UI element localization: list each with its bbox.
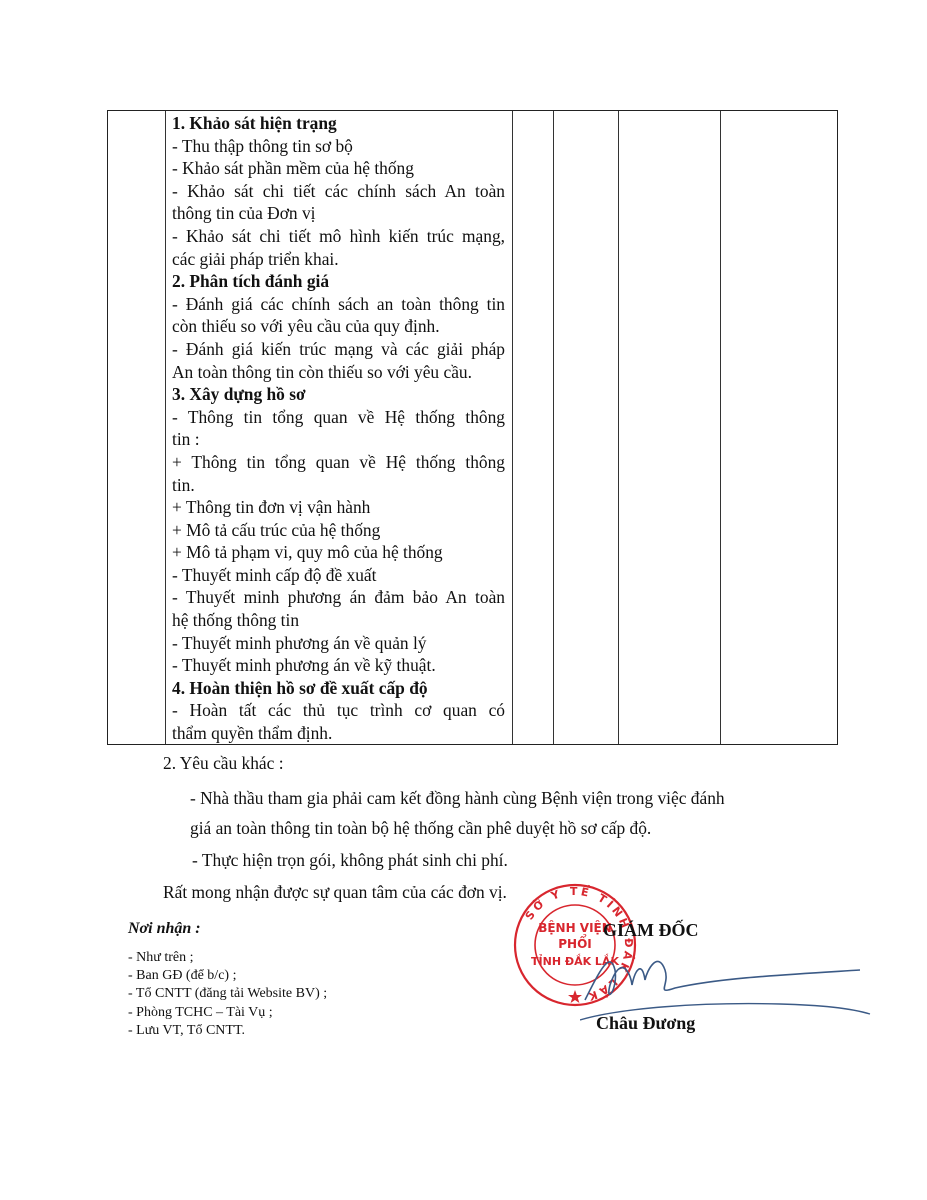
closing-sentence: Rất mong nhận được sự quan tâm của các đ… xyxy=(163,881,507,903)
requirement-item-1-line-1: - Nhà thầu tham gia phải cam kết đồng hà… xyxy=(190,787,725,809)
table-col-divider xyxy=(553,111,554,744)
task-line: - Khảo sát chi tiết mô hình kiến trúc mạ… xyxy=(172,225,505,248)
table-col-divider xyxy=(720,111,721,744)
task-line: - Khảo sát phần mềm của hệ thống xyxy=(172,157,505,180)
table-col-divider xyxy=(165,111,166,744)
task-line: các giải pháp triển khai. xyxy=(172,248,505,271)
section-heading: 3. Xây dựng hồ sơ xyxy=(172,383,505,406)
task-line: thẩm quyền thẩm định. xyxy=(172,722,505,745)
section-heading: 4. Hoàn thiện hồ sơ đề xuất cấp độ xyxy=(172,677,505,700)
task-line: - Đánh giá các chính sách an toàn thông … xyxy=(172,293,505,316)
recipient-item: - Tổ CNTT (đăng tải Website BV) ; xyxy=(128,985,327,1003)
task-line: - Hoàn tất các thủ tục trình cơ quan có xyxy=(172,699,505,722)
task-line: - Đánh giá kiến trúc mạng và các giải ph… xyxy=(172,338,505,361)
section-heading: 2. Phân tích đánh giá xyxy=(172,270,505,293)
task-line: - Thuyết minh cấp độ đề xuất xyxy=(172,564,505,587)
task-line: + Thông tin tổng quan về Hệ thống thông xyxy=(172,451,505,474)
task-line: - Khảo sát chi tiết các chính sách An to… xyxy=(172,180,505,203)
task-line: hệ thống thông tin xyxy=(172,609,505,632)
table-col-divider xyxy=(512,111,513,744)
task-line: tin : xyxy=(172,428,505,451)
task-line: - Thông tin tổng quan về Hệ thống thông xyxy=(172,406,505,429)
task-line: tin. xyxy=(172,474,505,497)
task-line: - Thuyết minh phương án về quản lý xyxy=(172,632,505,655)
recipient-item: - Phòng TCHC – Tài Vụ ; xyxy=(128,1004,327,1022)
recipient-item: - Lưu VT, Tổ CNTT. xyxy=(128,1022,327,1040)
task-line: + Mô tả cấu trúc của hệ thống xyxy=(172,519,505,542)
task-line: thông tin của Đơn vị xyxy=(172,202,505,225)
table-col-divider xyxy=(618,111,619,744)
other-requirements-heading: 2. Yêu cầu khác : xyxy=(163,752,284,774)
task-line: - Thuyết minh phương án đảm bảo An toàn xyxy=(172,586,505,609)
task-line: An toàn thông tin còn thiếu so với yêu c… xyxy=(172,361,505,384)
task-line: + Thông tin đơn vị vận hành xyxy=(172,496,505,519)
recipient-item: - Như trên ; xyxy=(128,949,327,967)
signatory-title: GIÁM ĐỐC xyxy=(603,920,699,941)
recipients-list: - Như trên ;- Ban GĐ (để b/c) ;- Tổ CNTT… xyxy=(128,949,327,1040)
section-heading: 1. Khảo sát hiện trạng xyxy=(172,112,505,135)
requirement-item-2: - Thực hiện trọn gói, không phát sinh ch… xyxy=(192,849,508,871)
signatory-name: Châu Đương xyxy=(596,1013,695,1034)
task-line: còn thiếu so với yêu cầu của quy định. xyxy=(172,315,505,338)
recipient-item: - Ban GĐ (để b/c) ; xyxy=(128,967,327,985)
recipients-title: Nơi nhận : xyxy=(128,920,201,938)
task-line: - Thu thập thông tin sơ bộ xyxy=(172,135,505,158)
requirement-item-1-line-2: giá an toàn thông tin toàn bộ hệ thống c… xyxy=(190,817,651,839)
task-description-cell: 1. Khảo sát hiện trạng- Thu thập thông t… xyxy=(172,112,505,745)
task-line: - Thuyết minh phương án về kỹ thuật. xyxy=(172,654,505,677)
task-line: + Mô tả phạm vi, quy mô của hệ thống xyxy=(172,541,505,564)
